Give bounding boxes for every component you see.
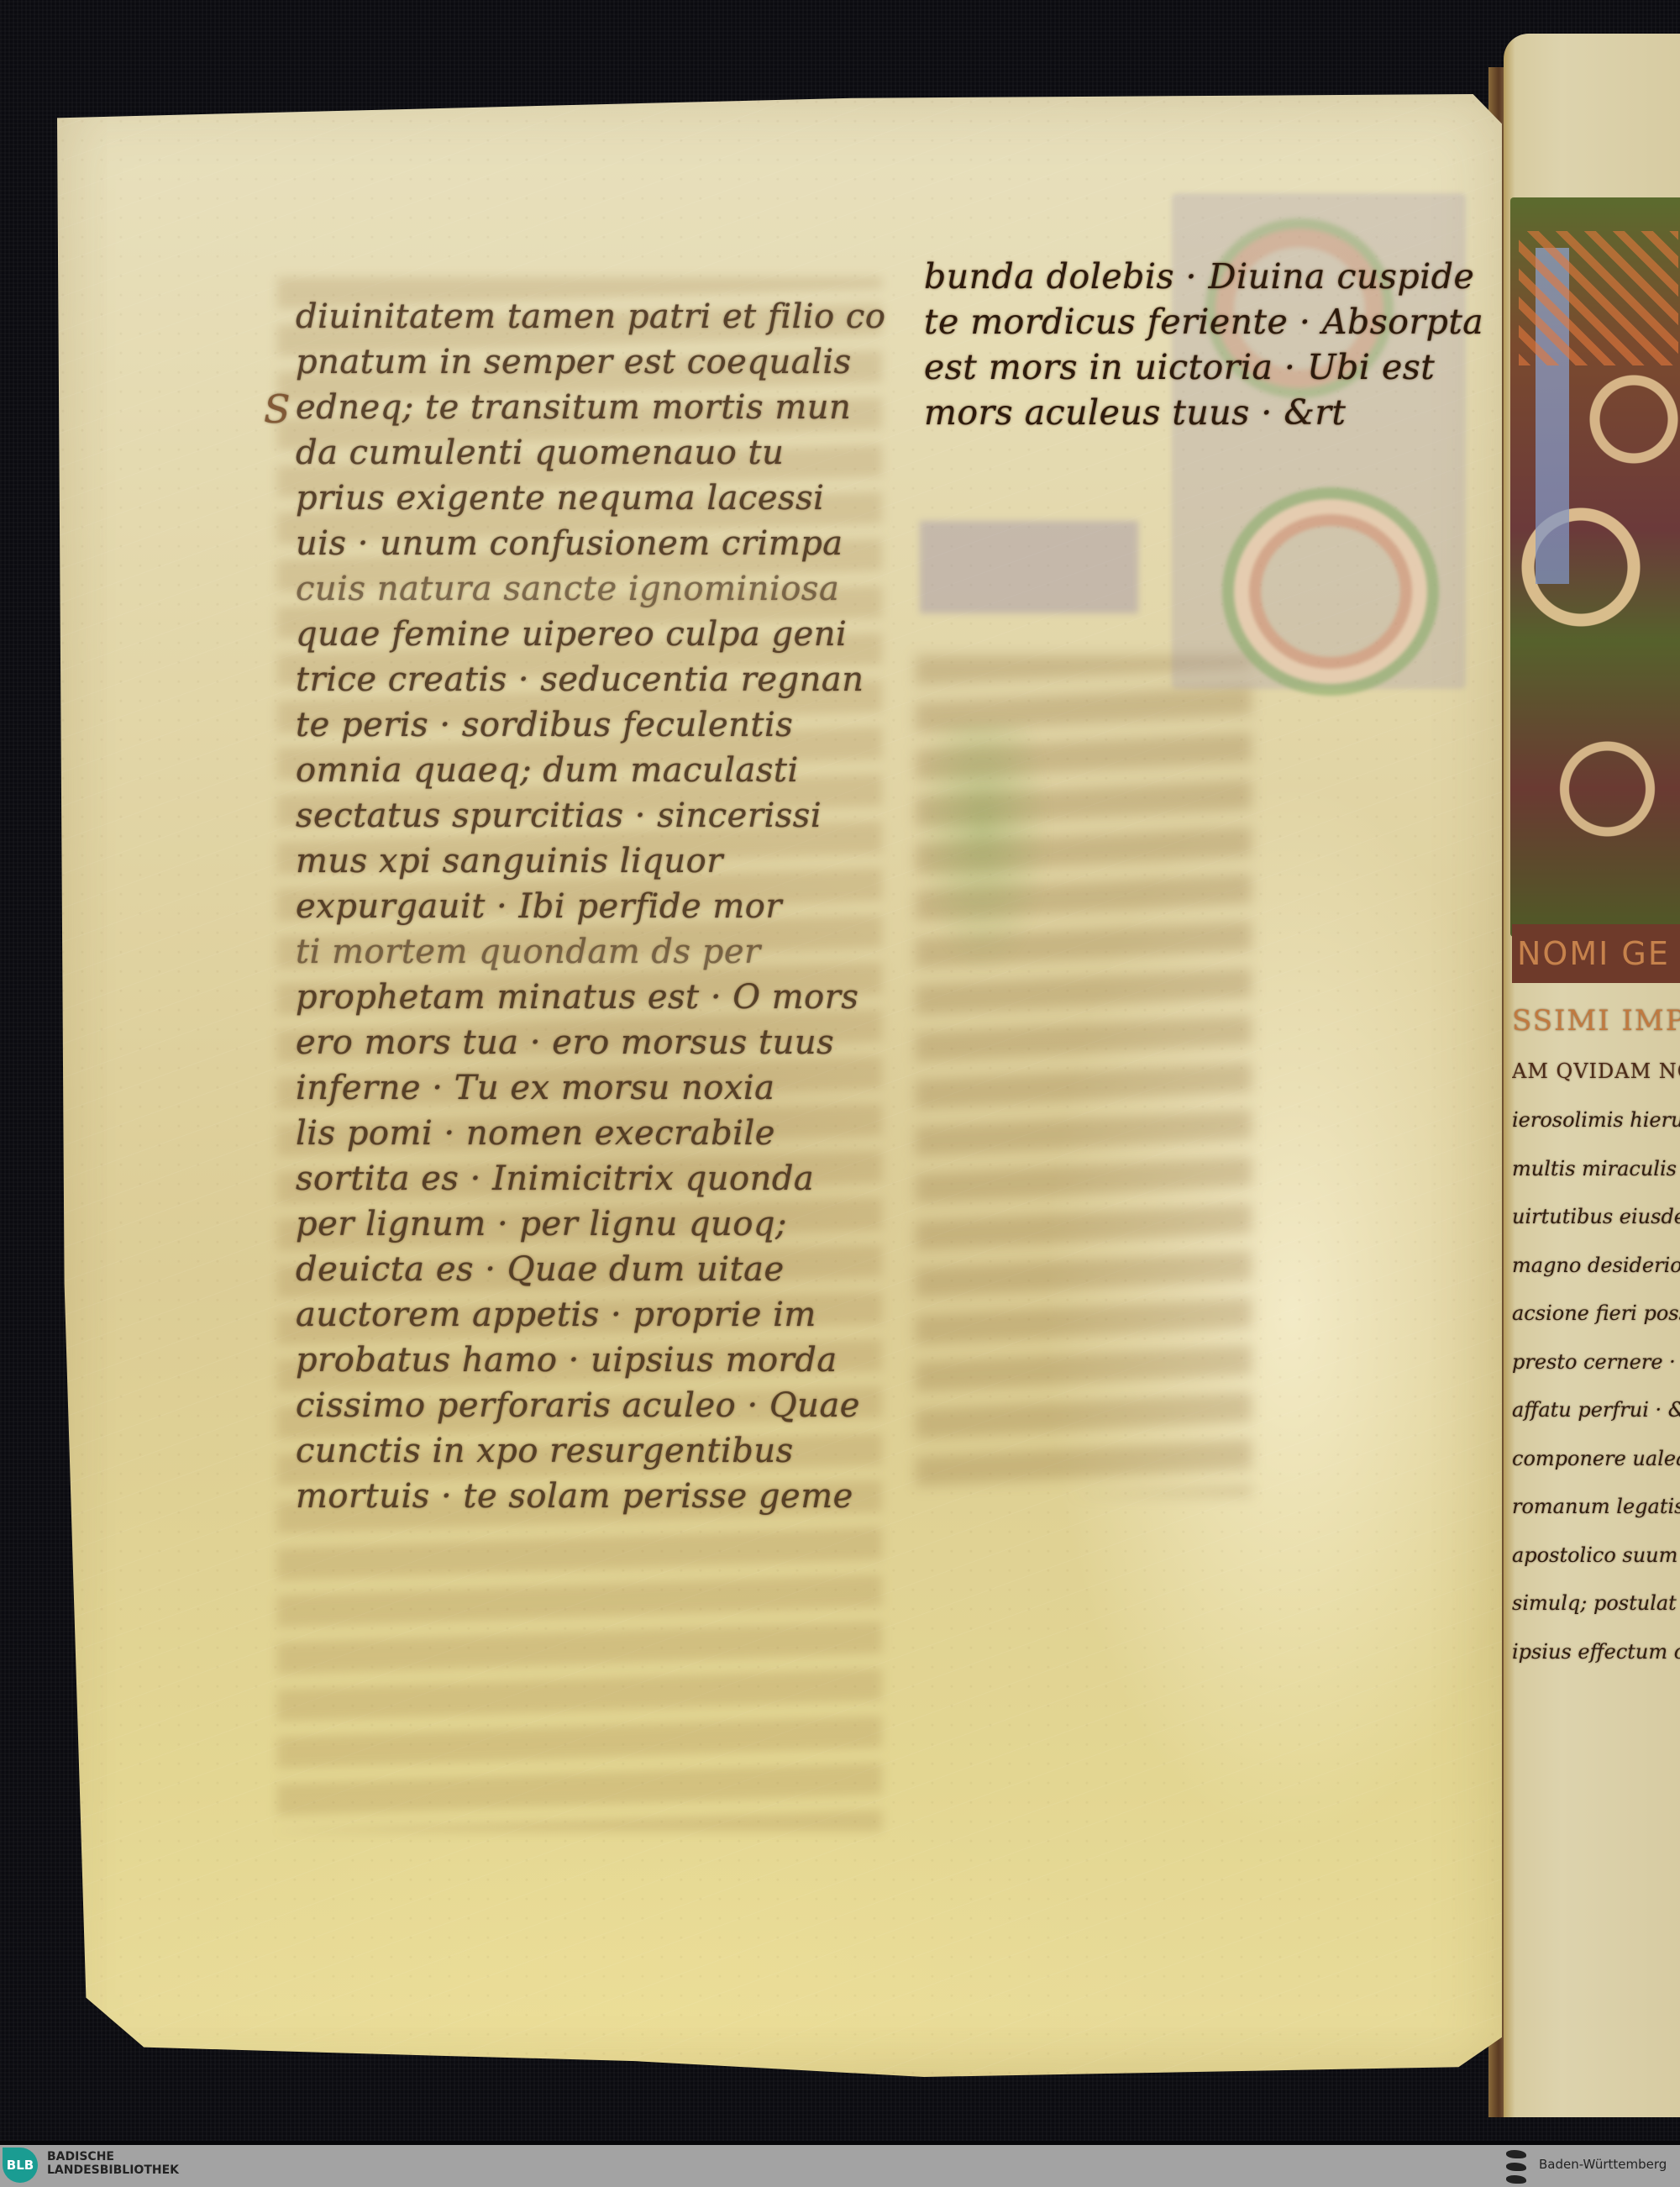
text-line: pnatum in semper est coequalis — [296, 339, 850, 385]
display-capitals-2: AM QVIDAM NOMINE — [1512, 1046, 1680, 1096]
text-line: magno desiderio constaru — [1512, 1242, 1680, 1291]
text-line: edneq; te transitum mortis mun — [296, 385, 850, 430]
text-line: affatu perfrui · & cum eo foedu — [1512, 1386, 1680, 1435]
illuminated-initial — [1510, 197, 1680, 937]
text-line: prius exigente nequma lacessi — [296, 476, 850, 521]
facing-page-text: SSIMI IMPERA AM QVIDAM NOMINE ierosolimi… — [1512, 996, 1680, 1676]
text-line: probatus hamo · uipsius morda — [296, 1338, 850, 1383]
text-line: romanum legatis · leoni uiro — [1512, 1483, 1680, 1532]
library-name[interactable]: BADISCHE LANDESBIBLIOTHEK — [47, 2150, 179, 2177]
three-lions-icon — [1505, 2150, 1527, 2184]
text-line: cissimo perforaris aculeo · Quae — [296, 1383, 850, 1428]
state-name[interactable]: Baden-Württemberg — [1539, 2157, 1667, 2172]
library-name-line1: BADISCHE — [47, 2150, 179, 2163]
text-line: deuicta es · Quae dum uitae — [296, 1247, 850, 1292]
text-line: inferne · Tu ex morsu noxia — [296, 1065, 850, 1111]
text-line: prophetam minatus est · O mors — [296, 975, 850, 1020]
purple-title-band — [920, 521, 1138, 613]
heading-text: NOMI GE — [1512, 924, 1680, 983]
text-line: acsione fieri possit · uitam uir — [1512, 1290, 1680, 1338]
text-line: presto cernere · cuiusq; delecta — [1512, 1338, 1680, 1387]
text-line: trice creatis · seducentia regnan — [296, 657, 850, 702]
display-capitals: SSIMI IMPERA — [1512, 996, 1680, 1046]
text-line: est mors in uictoria · Ubi est — [924, 344, 1478, 390]
text-line: te mordicus feriente · Absorpta — [924, 299, 1478, 344]
text-line: simulq; postulat quatenus — [1512, 1580, 1680, 1628]
manuscript-scan: S diuinitatem tamen patri et filio co pn… — [0, 0, 1680, 2141]
right-text-column: bunda dolebis · Diuina cuspide te mordic… — [924, 254, 1478, 435]
library-name-line2: LANDESBIBLIOTHEK — [47, 2163, 179, 2177]
facing-page-heading-band: NOMI GE — [1512, 924, 1680, 983]
text-line: mus xpi sanguinis liquor — [296, 839, 850, 884]
text-line: ierosolimis hierusalem · audiens — [1512, 1096, 1680, 1145]
text-line: sortita es · Inimicitrix quonda — [296, 1156, 850, 1201]
text-line: diuinitatem tamen patri et filio co — [296, 294, 850, 339]
text-line: ti mortem quondam ds per — [296, 929, 850, 975]
text-line: omnia quaeq; dum maculasti — [296, 748, 850, 793]
text-line: ipsius effectum opera prouet — [1512, 1628, 1680, 1677]
text-line: componere ualeat · Mis — [1512, 1435, 1680, 1484]
text-line: lis pomi · nomen execrabile — [296, 1111, 850, 1156]
text-line: auctorem appetis · proprie im — [296, 1292, 850, 1338]
pigment-stain — [916, 723, 1050, 975]
text-line: quae femine uipereo culpa geni — [296, 612, 850, 657]
blb-logo-icon[interactable]: BLB — [3, 2148, 38, 2183]
text-line: cuis natura sancte ignominiosa — [296, 566, 850, 612]
text-line: uirtutibus eiusdem karoli proe — [1512, 1193, 1680, 1242]
text-line: per lignum · per lignu quoq; — [296, 1201, 850, 1247]
text-line: sectatus spurcitias · sincerissi — [296, 793, 850, 839]
marginal-initial: S — [264, 386, 291, 432]
text-line: te peris · sordibus feculentis — [296, 702, 850, 748]
text-line: multis miraculis & in — [1512, 1145, 1680, 1194]
text-line: uis · unum confusionem crimpa — [296, 521, 850, 566]
text-line: apostolico suum pate fieri deside — [1512, 1532, 1680, 1580]
left-text-column: S diuinitatem tamen patri et filio co pn… — [296, 294, 850, 1519]
text-line: ero mors tua · ero morsus tuus — [296, 1020, 850, 1065]
text-line: bunda dolebis · Diuina cuspide — [924, 254, 1478, 299]
text-line: cunctis in xpo resurgentibus — [296, 1428, 850, 1474]
text-line: mortuis · te solam perisse geme — [296, 1474, 850, 1519]
interlace-knot-icon — [1222, 487, 1439, 696]
text-line: da cumulenti quomenauo tu — [296, 430, 850, 476]
text-line: mors aculeus tuus · &rt — [924, 390, 1478, 435]
text-line: expurgauit · Ibi perfide mor — [296, 884, 850, 929]
footer-bar: BLB BADISCHE LANDESBIBLIOTHEK Baden-Würt… — [0, 2145, 1680, 2187]
